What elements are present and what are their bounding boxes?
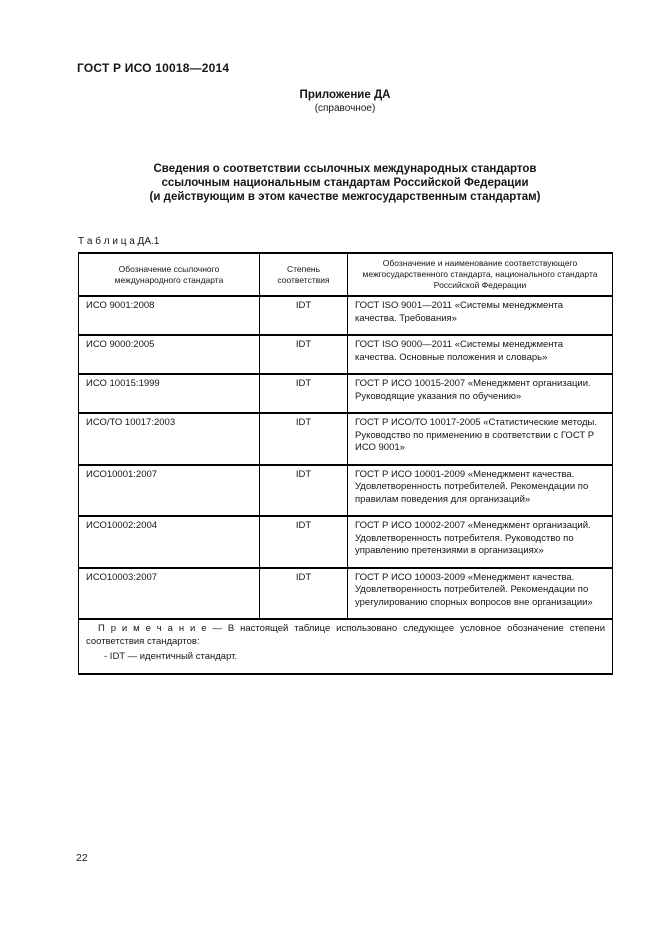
section-title-line3: (и действующим в этом качестве межгосуда… [48, 190, 642, 204]
section-title: Сведения о соответствии ссылочных междун… [48, 162, 642, 204]
table-footer: П р и м е ч а н и е — В настоящей таблиц… [79, 619, 613, 674]
table-cell: IDT [260, 516, 348, 568]
page-number: 22 [76, 852, 88, 864]
section-title-line1: Сведения о соответствии ссылочных междун… [48, 162, 642, 176]
table-row: ИСО10001:2007IDTГОСТ Р ИСО 10001-2009 «М… [79, 465, 613, 517]
table-row: ИСО 9001:2008IDTГОСТ ISO 9001—2011 «Сист… [79, 296, 613, 335]
table-cell: IDT [260, 465, 348, 517]
table-row: ИСО 10015:1999IDTГОСТ Р ИСО 10015-2007 «… [79, 374, 613, 413]
table-caption: Т а б л и ц а ДА.1 [78, 236, 159, 247]
table-cell: IDT [260, 374, 348, 413]
table-row: ИСО 9000:2005IDTГОСТ ISO 9000—2011 «Сист… [79, 335, 613, 374]
table-cell: IDT [260, 413, 348, 465]
appendix-heading: Приложение ДА (справочное) [78, 89, 612, 114]
table-cell: ИСО 9001:2008 [79, 296, 260, 335]
table-row: ИСО10003:2007IDTГОСТ Р ИСО 10003-2009 «М… [79, 568, 613, 620]
table-header-row: Обозначение ссылочного международного ст… [79, 253, 613, 296]
table-cell: ГОСТ Р ИСО 10003-2009 «Менеджмент качест… [348, 568, 613, 620]
table-cell: ИСО 10015:1999 [79, 374, 260, 413]
table-cell: ГОСТ Р ИСО 10001-2009 «Менеджмент качест… [348, 465, 613, 517]
note-row: П р и м е ч а н и е — В настоящей таблиц… [79, 619, 613, 674]
table-cell: ИСО10003:2007 [79, 568, 260, 620]
table-cell: IDT [260, 296, 348, 335]
table-cell: ГОСТ ISO 9000—2011 «Системы менеджмента … [348, 335, 613, 374]
table-cell: ГОСТ ISO 9001—2011 «Системы менеджмента … [348, 296, 613, 335]
correspondence-table: Обозначение ссылочного международного ст… [78, 252, 613, 675]
table-cell: ГОСТ Р ИСО/ТО 10017-2005 «Статистические… [348, 413, 613, 465]
note-item: - IDT — идентичный стандарт. [92, 651, 605, 664]
table-cell: ИСО10002:2004 [79, 516, 260, 568]
table-cell: ИСО 9000:2005 [79, 335, 260, 374]
document-page: ГОСТ Р ИСО 10018—2014 Приложение ДА (спр… [0, 0, 661, 936]
table-header: Обозначение ссылочного международного ст… [79, 253, 613, 296]
table-row: ИСО10002:2004IDTГОСТ Р ИСО 10002-2007 «М… [79, 516, 613, 568]
header-cell-reference-standard: Обозначение ссылочного международного ст… [79, 253, 260, 296]
table-body: ИСО 9001:2008IDTГОСТ ISO 9001—2011 «Сист… [79, 296, 613, 619]
note-label: П р и м е ч а н и е [98, 623, 207, 634]
header-cell-degree: Степень соответствия [260, 253, 348, 296]
table-cell: IDT [260, 568, 348, 620]
header-cell-national-standard: Обозначение и наименование соответствующ… [348, 253, 613, 296]
table-cell: ИСО10001:2007 [79, 465, 260, 517]
table-cell: ИСО/ТО 10017:2003 [79, 413, 260, 465]
note-paragraph: П р и м е ч а н и е — В настоящей таблиц… [86, 623, 605, 648]
table-cell: IDT [260, 335, 348, 374]
table-cell: ГОСТ Р ИСО 10015-2007 «Менеджмент органи… [348, 374, 613, 413]
table-row: ИСО/ТО 10017:2003IDTГОСТ Р ИСО/ТО 10017-… [79, 413, 613, 465]
appendix-subtitle: (справочное) [78, 103, 612, 114]
section-title-line2: ссылочным национальным стандартам Россий… [48, 176, 642, 190]
appendix-title: Приложение ДА [78, 89, 612, 101]
note-cell: П р и м е ч а н и е — В настоящей таблиц… [79, 619, 613, 674]
table-cell: ГОСТ Р ИСО 10002-2007 «Менеджмент органи… [348, 516, 613, 568]
document-code: ГОСТ Р ИСО 10018—2014 [77, 61, 229, 75]
